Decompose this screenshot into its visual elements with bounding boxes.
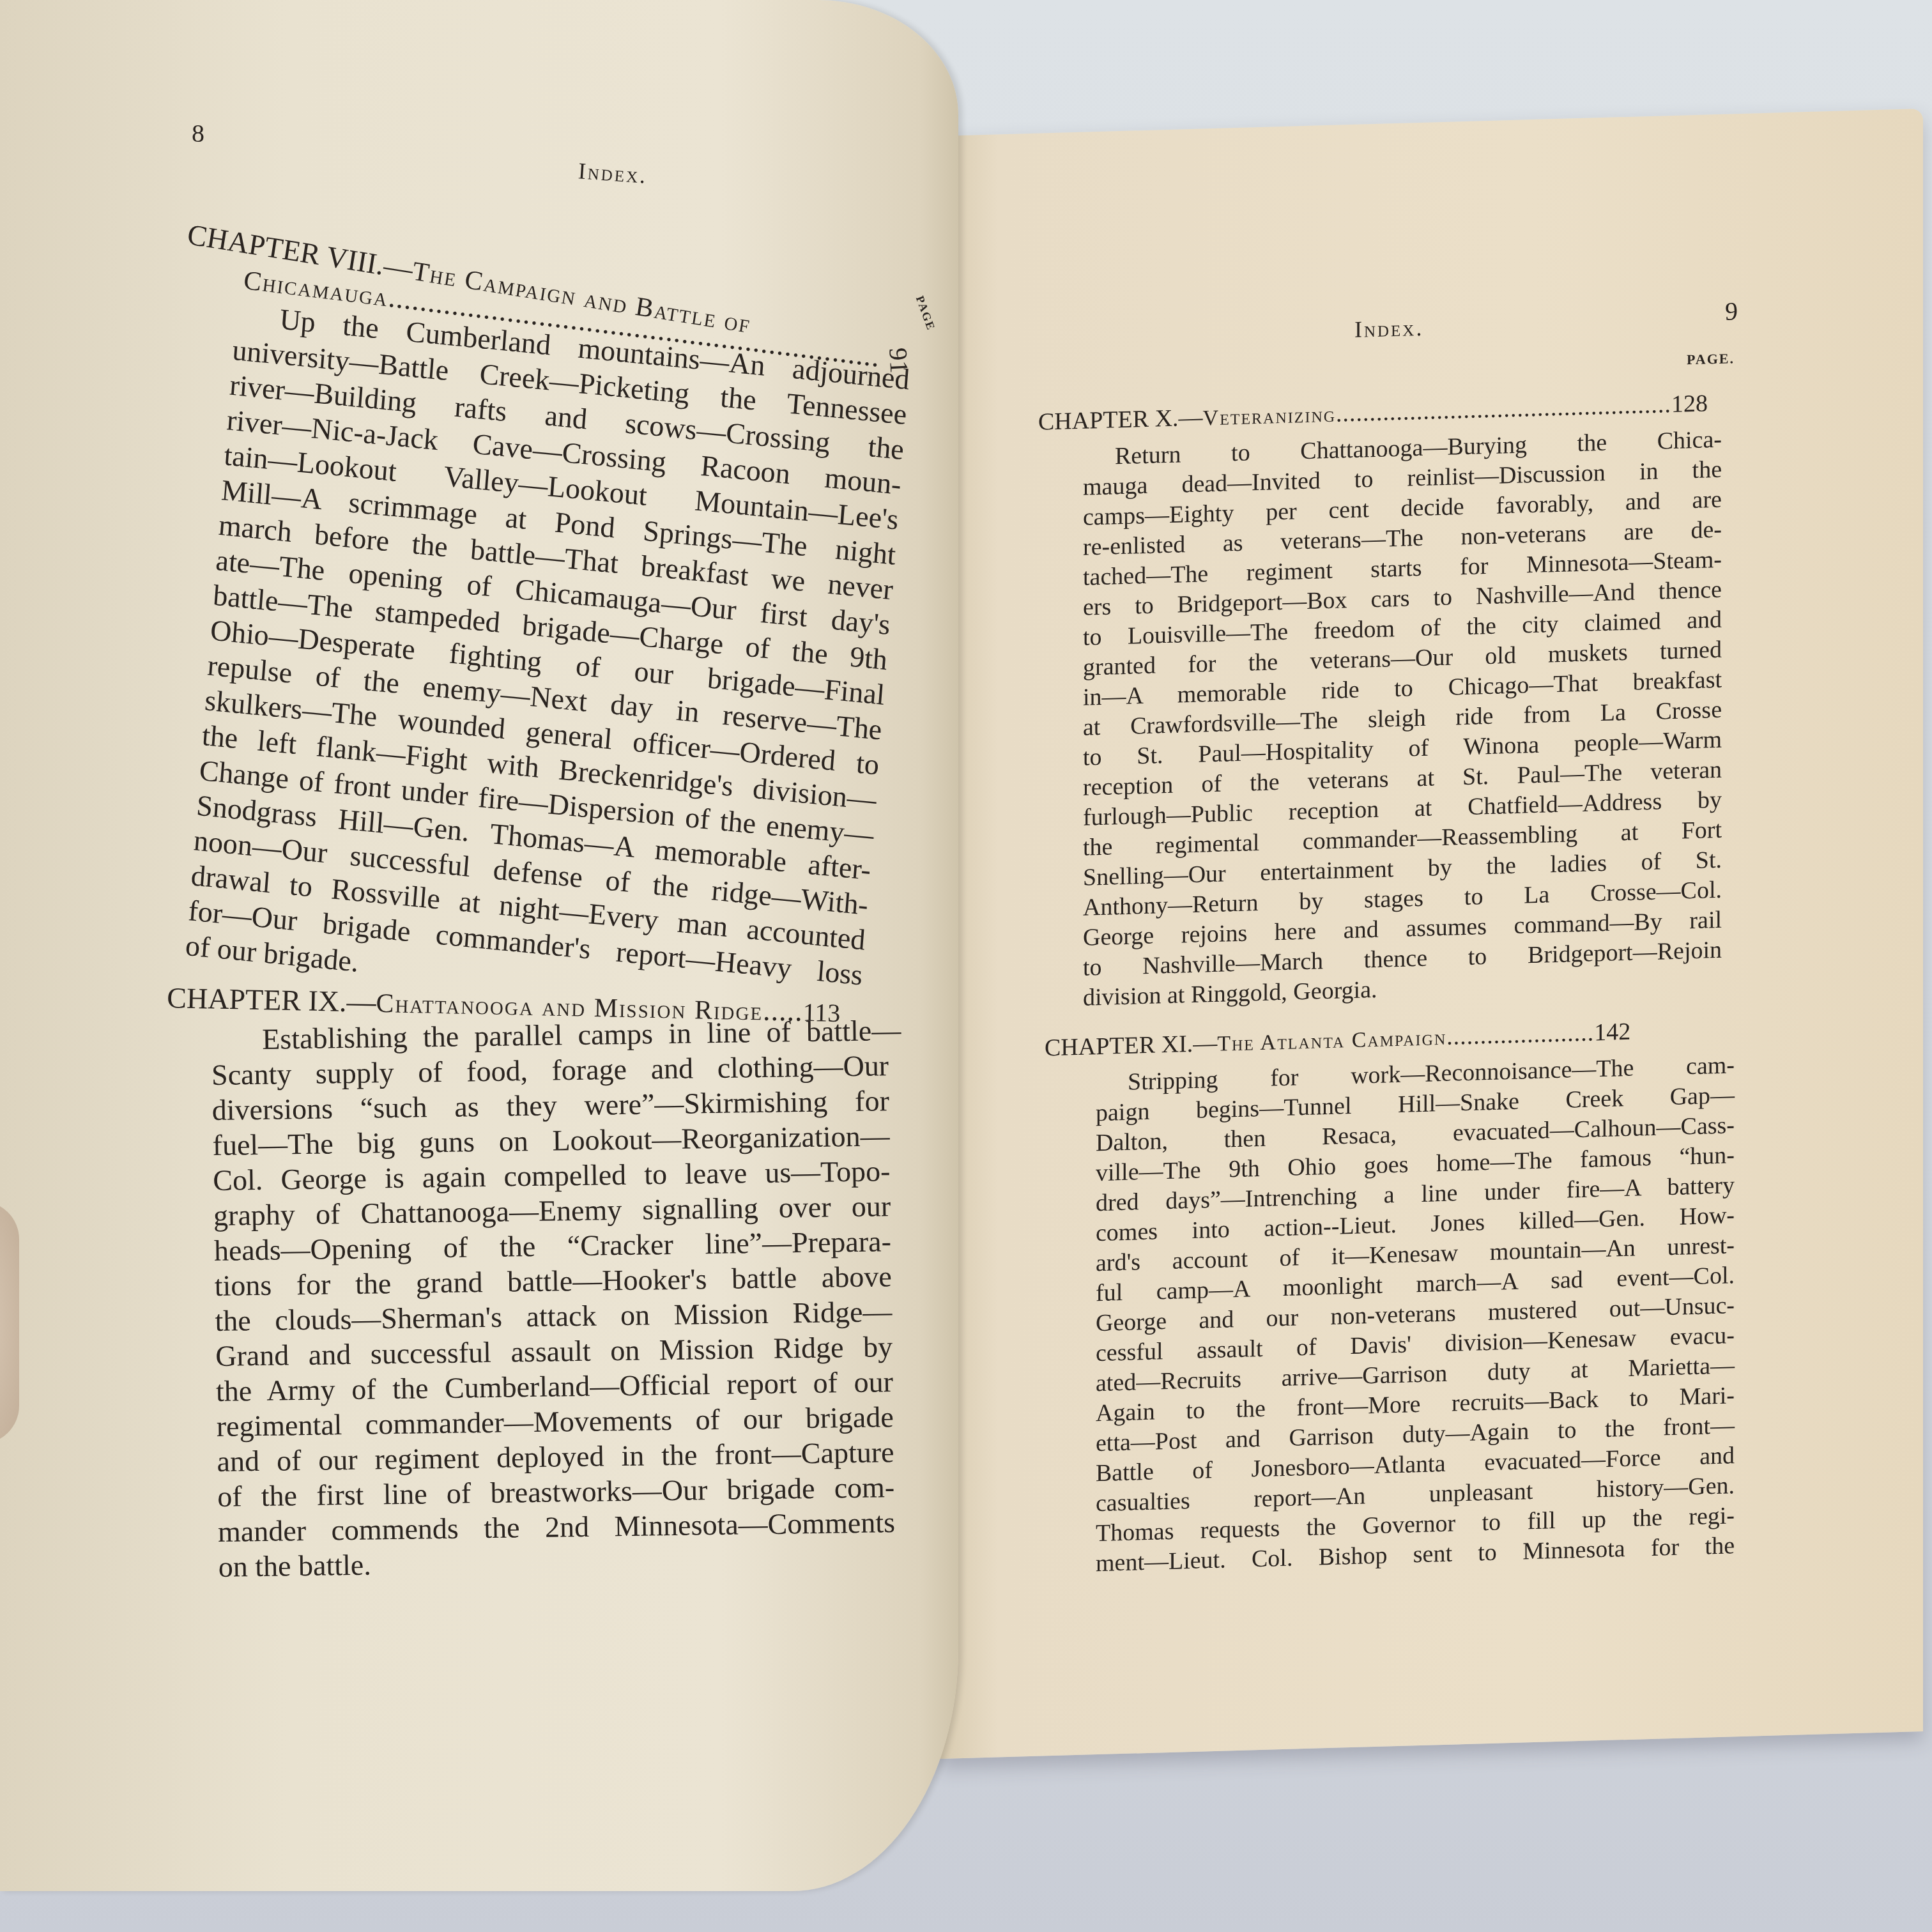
chapter-page-number: 128 <box>1671 390 1708 418</box>
page-column-label: PAGE. <box>1687 350 1735 368</box>
chapter-summary: Establishing the parallel camps in line … <box>211 1016 908 1588</box>
chapter-summary: Stripping for work—Reconnoisance—The cam… <box>1096 1053 1735 1581</box>
page-number: 9 <box>1725 296 1738 326</box>
chapter-title: Veteranizing <box>1203 403 1337 431</box>
page-column-label: PAGE <box>913 294 938 332</box>
chapter-summary: Return to Chattanooga—Burying the Chica-… <box>1083 427 1722 1016</box>
dot-leader: ........................................… <box>1336 391 1671 427</box>
chapter-number: CHAPTER X.— <box>1038 404 1203 435</box>
chapter-title: The Atlanta Campaign <box>1217 1026 1446 1056</box>
thumb <box>0 1201 19 1444</box>
right-page: Index. 9 PAGE. CHAPTER X.—Veteranizing..… <box>939 109 1923 1759</box>
page-number: 8 <box>192 118 204 148</box>
chapter-number: CHAPTER IX.— <box>167 981 376 1018</box>
chapter-heading: CHAPTER XI.—The Atlanta Campaign........… <box>1045 1018 1630 1062</box>
left-page: 8 Index. CHAPTER VIII.—The Campaign and … <box>0 0 958 1891</box>
running-head: Index. <box>1354 314 1423 343</box>
chapter-page-number: 142 <box>1594 1018 1630 1046</box>
summary-line: on the battle. <box>218 1543 896 1588</box>
dot-leader: ...................... <box>1446 1019 1594 1050</box>
running-head: Index. <box>578 157 648 188</box>
chapter-number: CHAPTER XI.— <box>1045 1030 1217 1062</box>
chapter-summary: Up the Cumberland mountains—An adjourned… <box>184 300 910 1031</box>
